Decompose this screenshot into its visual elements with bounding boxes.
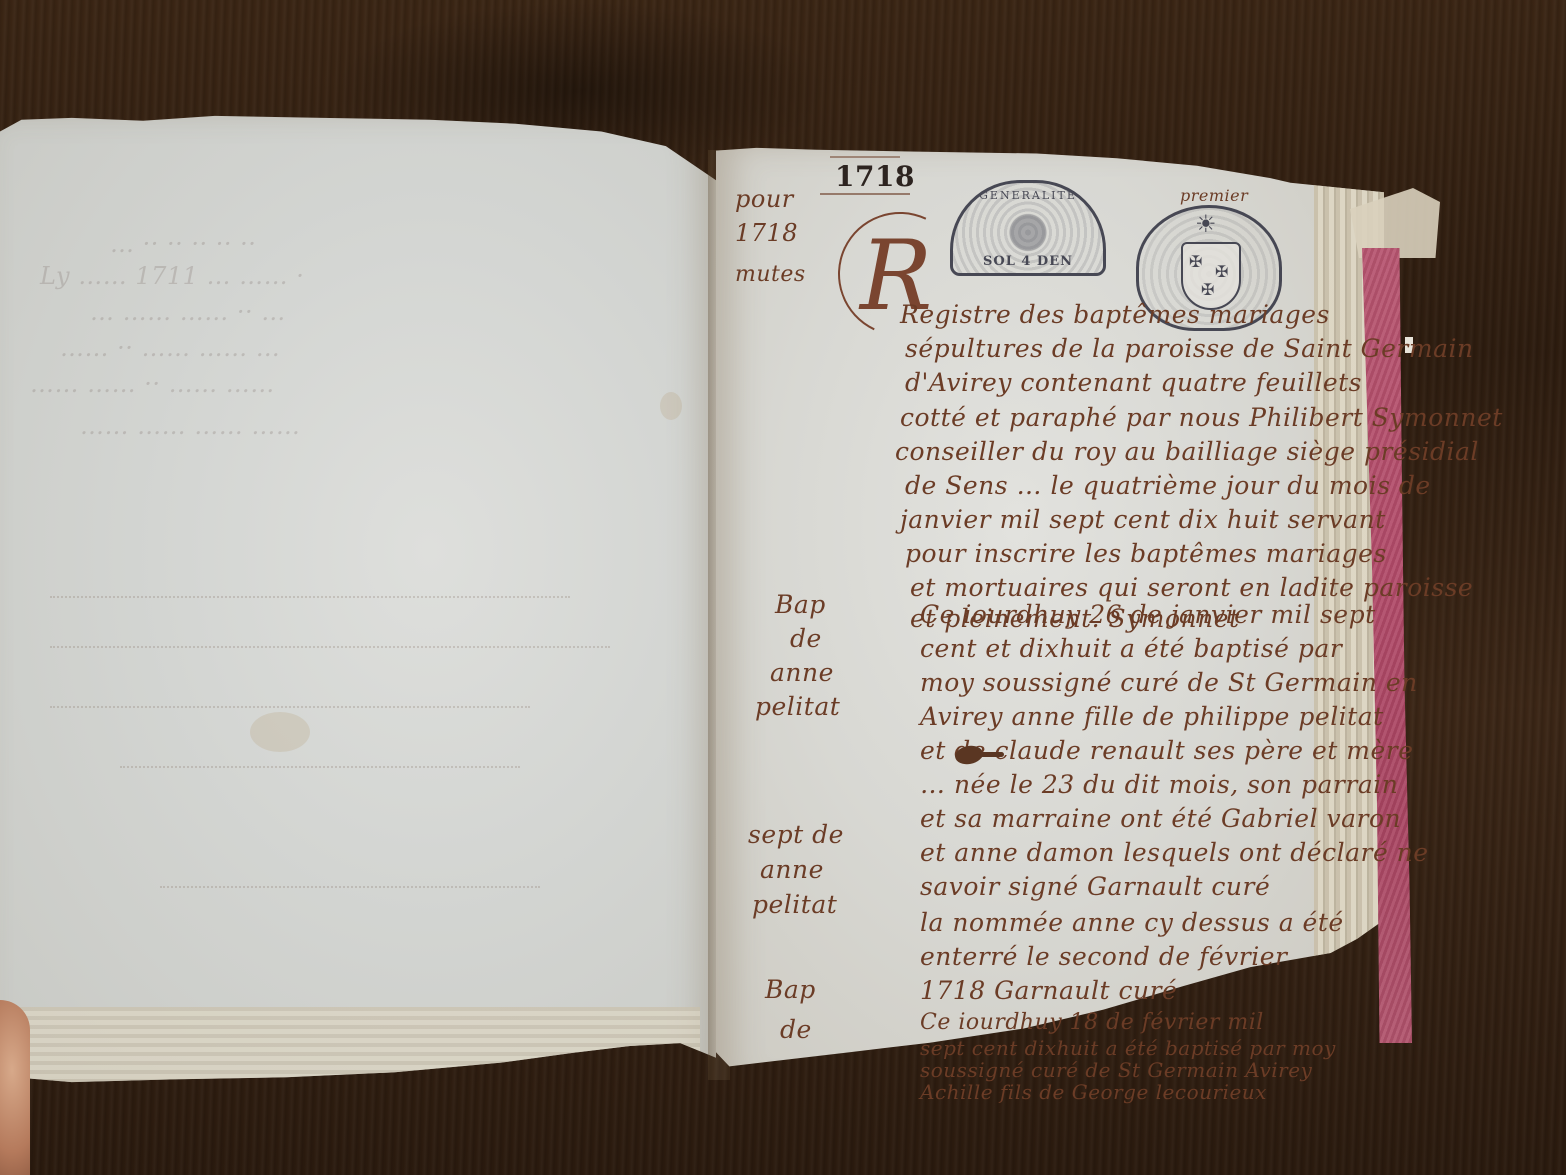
- entry-margin: pelitat: [755, 692, 840, 721]
- entry-margin: Bap: [775, 590, 826, 619]
- bleed-through-trace: [50, 632, 610, 648]
- open-register-book: … ·· ·· ·· ·· ·· Ly …… 1711 … …… · … …… …: [0, 0, 1566, 1175]
- entry-line: et sa marraine ont été Gabriel varon: [920, 804, 1401, 833]
- year-underline: [820, 193, 910, 195]
- entry-line: Avirey anne fille de philippe pelitat: [920, 702, 1384, 731]
- entry-line: et anne damon lesquels ont déclaré ne: [920, 838, 1429, 867]
- entry-line: et de claude renault ses père et mère: [920, 736, 1414, 765]
- entry-line: la nommée anne cy dessus a été: [920, 908, 1344, 937]
- bleed-through-line: …… …… ·· …… ……: [30, 370, 275, 398]
- bleed-through-line: … ·· ·· ·· ·· ··: [110, 230, 256, 258]
- cross-icon: ✠: [1215, 262, 1228, 281]
- preamble-line: janvier mil sept cent dix huit servant: [900, 505, 1386, 534]
- entry-margin: sept de: [748, 820, 844, 849]
- paper-stain: [250, 712, 310, 752]
- sun-icon: ☀: [1195, 210, 1217, 238]
- preamble-line: cotté et paraphé par nous Philibert Symo…: [900, 403, 1503, 432]
- bleed-through-trace: [120, 752, 520, 768]
- margin-note-top: pour 1718: [735, 182, 805, 250]
- entry-margin: de: [790, 624, 822, 653]
- cross-icon: ✠: [1201, 280, 1214, 299]
- bleed-through-line: … …… …… ·· …: [90, 298, 286, 326]
- preamble-line: conseiller du roy au bailliage siège pré…: [895, 437, 1479, 466]
- entry-line: enterré le second de février: [920, 942, 1287, 971]
- entry-margin: anne: [770, 658, 834, 687]
- preamble-line: d'Avirey contenant quatre feuillets: [905, 368, 1362, 397]
- entry-line: Ce iourdhuy 18 de février mil: [920, 1010, 1264, 1035]
- entry-margin: de: [780, 1015, 812, 1044]
- entry-line: savoir signé Garnault curé: [920, 872, 1270, 901]
- holding-thumb: [0, 1000, 30, 1175]
- entry-line: moy soussigné curé de St Germain en: [920, 668, 1418, 697]
- fiscal-stamp: GENERALITE SOL 4 DEN: [950, 180, 1106, 276]
- year-heading: 1718: [835, 160, 915, 193]
- bleed-through-line: Ly …… 1711 … …… ·: [40, 262, 304, 290]
- page-edges-bottom: [20, 1007, 700, 1087]
- entry-margin: pelitat: [752, 890, 837, 919]
- entry-line: … née le 23 du dit mois, son parrain: [920, 770, 1398, 799]
- preamble-line: pour inscrire les baptêmes mariages: [905, 539, 1387, 568]
- preamble-line: et mortuaires qui seront en ladite paroi…: [910, 573, 1473, 602]
- preamble-line: de Sens … le quatrième jour du mois de: [905, 471, 1431, 500]
- cross-icon: ✠: [1189, 252, 1202, 271]
- entry-line: 1718 Garnault curé: [920, 976, 1177, 1005]
- entry-line: sept cent dixhuit a été baptisé par moy: [920, 1036, 1336, 1060]
- entry-line: soussigné curé de St Germain Avirey: [920, 1058, 1312, 1082]
- bleed-through-line: …… ·· …… …… …: [60, 334, 280, 362]
- fiscal-stamp-bottom-text: SOL 4 DEN: [953, 254, 1103, 269]
- margin-note-side: mutes: [735, 262, 806, 287]
- entry-margin: anne: [760, 855, 824, 884]
- entry-line: Ce iourdhuy 26 de janvier mil sept: [920, 600, 1376, 629]
- entry-margin: Bap: [765, 975, 816, 1004]
- year-overline: [830, 156, 900, 158]
- fiscal-stamp-top-text: GENERALITE: [953, 189, 1103, 202]
- bleed-through-line: …… …… …… ……: [80, 412, 300, 440]
- left-page: … ·· ·· ·· ·· ·· Ly …… 1711 … …… · … …… …: [0, 112, 716, 1087]
- bleed-through-trace: [160, 872, 540, 888]
- entry-line: Achille fils de George lecourieux: [920, 1080, 1267, 1104]
- bleed-through-trace: [50, 582, 570, 598]
- preamble-line: sépultures de la paroisse de Saint Germa…: [905, 334, 1474, 363]
- bleed-through-trace: [50, 692, 530, 708]
- entry-line: cent et dixhuit a été baptisé par: [920, 634, 1342, 663]
- preamble-line: Registre des baptêmes mariages: [900, 300, 1330, 329]
- ink-blot-tail: [978, 752, 1004, 757]
- paper-stain: [660, 392, 682, 420]
- folio-note: premier: [1180, 186, 1248, 205]
